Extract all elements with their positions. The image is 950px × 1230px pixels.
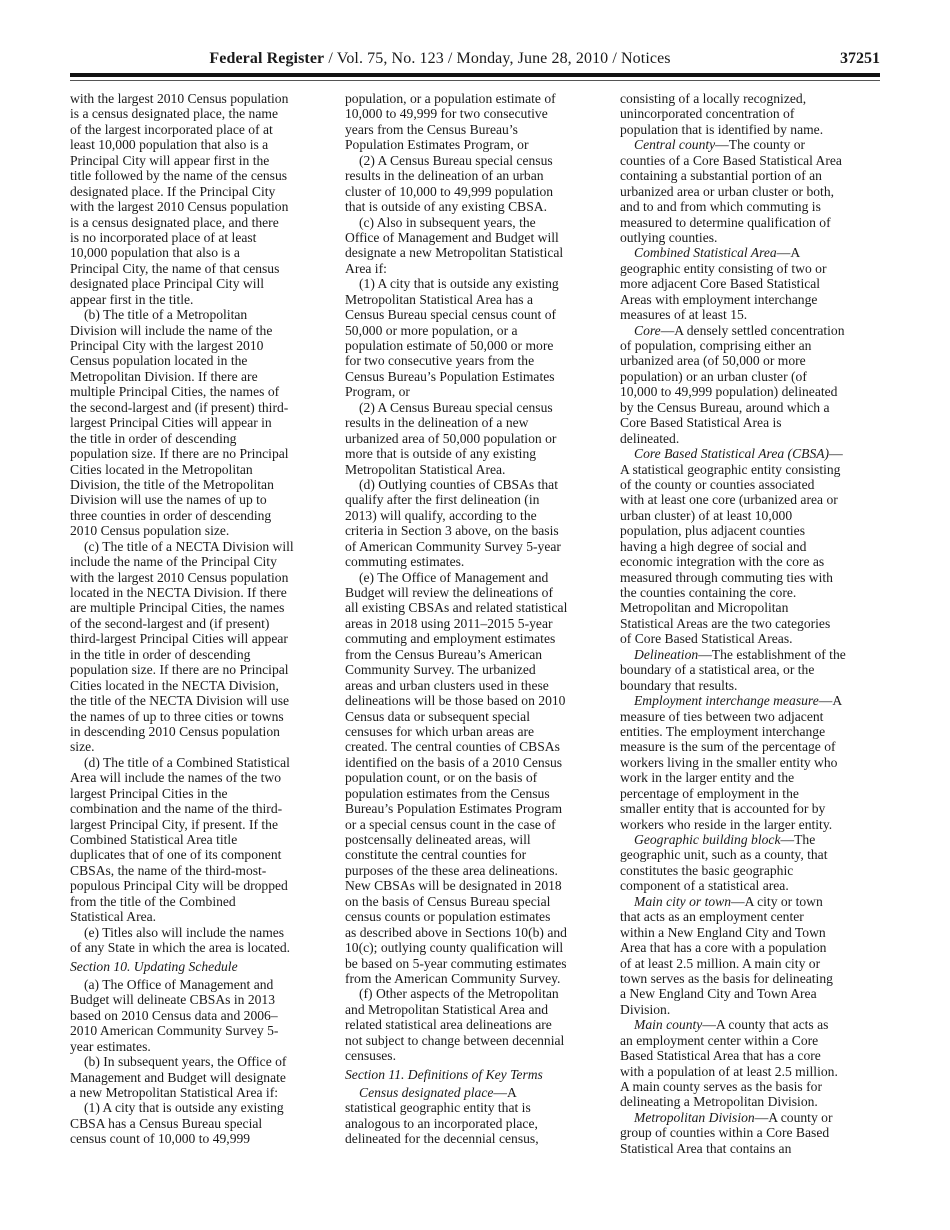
text-line: all existing CBSAs and related statistic… <box>345 600 620 615</box>
text-line: boundary of a statistical area, or the <box>620 662 895 677</box>
line-text: of at least 2.5 million. A main city or <box>620 956 820 971</box>
text-line: Program, or <box>345 384 620 399</box>
text-line: Principal City with the largest 2010 <box>70 338 345 353</box>
text-line: from the American Community Survey. <box>345 971 620 986</box>
text-line: smaller entity that is accounted for by <box>620 801 895 816</box>
text-line: percentage of employment in the <box>620 786 895 801</box>
line-text: and Metropolitan Statistical Area and <box>345 1002 548 1017</box>
text-line: urbanized area (of 50,000 or more <box>620 353 895 368</box>
line-text: title followed by the name of the census <box>70 168 287 183</box>
line-text: censuses. <box>345 1048 396 1063</box>
text-line: Metropolitan and Micropolitan <box>620 600 895 615</box>
text-line: least 10,000 population that also is a <box>70 137 345 152</box>
line-text: 10,000 population that also is a <box>70 245 240 260</box>
text-line: (a) The Office of Management and <box>70 977 345 992</box>
text-line: population, plus adjacent counties <box>620 523 895 538</box>
line-text: consisting of a locally recognized, <box>620 91 806 106</box>
text-line: Based Statistical Area that has a core <box>620 1048 895 1063</box>
text-line: is no incorporated place of at least <box>70 230 345 245</box>
text-line: within a New England City and Town <box>620 925 895 940</box>
text-line: in descending 2010 Census population <box>70 724 345 739</box>
line-text: urban cluster) of at least 10,000 <box>620 508 792 523</box>
text-line: economic integration with the core as <box>620 554 895 569</box>
text-line: work in the larger entity and the <box>620 770 895 785</box>
text-line: entities. The employment interchange <box>620 724 895 739</box>
text-line: New CBSAs will be designated in 2018 <box>345 878 620 893</box>
line-text: from the American Community Survey. <box>345 971 560 986</box>
defined-term: Core <box>634 323 661 338</box>
line-text: Budget will review the delineations of <box>345 585 553 600</box>
text-line: Cities located in the NECTA Division, <box>70 678 345 693</box>
text-line: that is outside of any existing CBSA. <box>345 199 620 214</box>
line-text: Statistical Area. <box>70 909 156 924</box>
text-line: largest Principal Cities will appear in <box>70 415 345 430</box>
text-line: results in the delineation of a new <box>345 415 620 430</box>
line-text: that is outside of any existing CBSA. <box>345 199 547 214</box>
line-text: identified on the basis of a 2010 Census <box>345 755 562 770</box>
line-text: urbanized area of 50,000 population or <box>345 431 556 446</box>
line-text: —A <box>777 245 800 260</box>
line-text: —A <box>819 693 842 708</box>
line-text: (f) Other aspects of the Metropolitan <box>359 986 559 1001</box>
text-line: title followed by the name of the census <box>70 168 345 183</box>
text-line: 10,000 to 49,999 for two consecutive <box>345 106 620 121</box>
line-text: Principal City will appear first in the <box>70 153 269 168</box>
text-line: the counties containing the core. <box>620 585 895 600</box>
definition-line: Census designated place—A <box>345 1085 620 1100</box>
line-text: Division will use the names of up to <box>70 492 267 507</box>
issue-details: / Vol. 75, No. 123 / Monday, June 28, 20… <box>324 50 670 67</box>
line-text: Division, the title of the Metropolitan <box>70 477 274 492</box>
line-text: 2010 American Community Survey 5- <box>70 1023 278 1038</box>
line-text: group of counties within a Core Based <box>620 1125 829 1140</box>
text-line: Census Bureau special census count of <box>345 307 620 322</box>
text-line: duplicates that of one of its component <box>70 847 345 862</box>
text-line: (f) Other aspects of the Metropolitan <box>345 986 620 1001</box>
text-line: population count, or on the basis of <box>345 770 620 785</box>
text-line: related statistical area delineations ar… <box>345 1017 620 1032</box>
line-text: Cities located in the Metropolitan <box>70 462 253 477</box>
text-line: consisting of a locally recognized, <box>620 91 895 106</box>
text-line: (d) Outlying counties of CBSAs that <box>345 477 620 492</box>
text-line: a new Metropolitan Statistical Area if: <box>70 1085 345 1100</box>
text-line: (2) A Census Bureau special census <box>345 400 620 415</box>
text-line: are multiple Principal Cities, the names <box>70 600 345 615</box>
line-text: delineated. <box>620 431 679 446</box>
text-line: measured to determine qualification of <box>620 215 895 230</box>
text-line: Census Bureau’s Population Estimates <box>345 369 620 384</box>
line-text: the names of up to three cities or towns <box>70 709 284 724</box>
text-line: with at least one core (urbanized area o… <box>620 492 895 507</box>
text-line: Area if: <box>345 261 620 276</box>
line-text: boundary of a statistical area, or the <box>620 662 814 677</box>
text-line: years from the Census Bureau’s <box>345 122 620 137</box>
text-line: Division. <box>620 1002 895 1017</box>
text-line: qualify after the first delineation (in <box>345 492 620 507</box>
line-text: with the largest 2010 Census population <box>70 199 288 214</box>
section-heading: Section 11. Definitions of Key Terms <box>345 1067 620 1082</box>
text-column-3: consisting of a locally recognized,uninc… <box>620 91 895 1156</box>
text-line: 10,000 to 49,999 population) delineated <box>620 384 895 399</box>
line-text: component of a statistical area. <box>620 878 789 893</box>
line-text: Census population located in the <box>70 353 247 368</box>
line-text: population, plus adjacent counties <box>620 523 805 538</box>
text-line: by the Census Bureau, around which a <box>620 400 895 415</box>
line-text: results in the delineation of a new <box>345 415 528 430</box>
line-text: (1) A city that is outside any existing <box>84 1100 284 1115</box>
text-column-1: with the largest 2010 Census populationi… <box>70 91 345 1147</box>
text-column-2: population, or a population estimate of1… <box>345 91 620 1147</box>
definition-line: Central county—The county or <box>620 137 895 152</box>
text-line: third-largest Principal Cities will appe… <box>70 631 345 646</box>
line-text: be based on 5-year commuting estimates <box>345 956 567 971</box>
line-text: designate a new Metropolitan Statistical <box>345 245 563 260</box>
line-text: Area will include the names of the two <box>70 770 281 785</box>
line-text: not subject to change between decennial <box>345 1033 564 1048</box>
line-text: —The <box>781 832 816 847</box>
line-text: population, or a population estimate of <box>345 91 556 106</box>
text-line: of the county or counties associated <box>620 477 895 492</box>
defined-term: Main county <box>634 1017 702 1032</box>
line-text: Principal City with the largest 2010 <box>70 338 263 353</box>
text-line: the title of the NECTA Division will use <box>70 693 345 708</box>
line-text: year estimates. <box>70 1039 151 1054</box>
line-text: designated place. If the Principal City <box>70 184 275 199</box>
line-text: geographic entity consisting of two or <box>620 261 827 276</box>
running-head: Federal Register / Vol. 75, No. 123 / Mo… <box>70 50 810 68</box>
text-line: as described above in Sections 10(b) and <box>345 925 620 940</box>
text-line: Core Based Statistical Area is <box>620 415 895 430</box>
text-line: commuting and employment estimates <box>345 631 620 646</box>
definition-line: Core Based Statistical Area (CBSA)— <box>620 446 895 461</box>
line-text: Cities located in the NECTA Division, <box>70 678 279 693</box>
text-line: (b) The title of a Metropolitan <box>70 307 345 322</box>
line-text: (e) Titles also will include the names <box>84 925 284 940</box>
line-text: related statistical area delineations ar… <box>345 1017 552 1032</box>
line-text: created. The central counties of CBSAs <box>345 739 560 754</box>
line-text: CBSAs, the name of the third-most- <box>70 863 266 878</box>
definition-line: Employment interchange measure—A <box>620 693 895 708</box>
text-line: largest Principal Cities in the <box>70 786 345 801</box>
line-text: least 10,000 population that also is a <box>70 137 268 152</box>
line-text: counties of a Core Based Statistical Are… <box>620 153 842 168</box>
text-line: population size. If there are no Princip… <box>70 446 345 461</box>
line-text: from the title of the Combined <box>70 894 236 909</box>
line-text: with the largest 2010 Census population <box>70 91 288 106</box>
text-line: census counts or population estimates <box>345 909 620 924</box>
line-text: more that is outside of any existing <box>345 446 536 461</box>
line-text: constitutes the basic geographic <box>620 863 793 878</box>
text-line: and to and from which commuting is <box>620 199 895 214</box>
line-text: of any State in which the area is locate… <box>70 940 290 955</box>
line-text: a new Metropolitan Statistical Area if: <box>70 1085 278 1100</box>
line-text: designated place Principal City will <box>70 276 264 291</box>
line-text: duplicates that of one of its component <box>70 847 281 862</box>
line-text: delineations will be those based on 2010 <box>345 693 565 708</box>
text-line: (c) The title of a NECTA Division will <box>70 539 345 554</box>
line-text: Area that has a core with a population <box>620 940 826 955</box>
line-text: —A county or <box>755 1110 833 1125</box>
text-line: or a special census count in the case of <box>345 817 620 832</box>
line-text: measures of at least 15. <box>620 307 747 322</box>
line-text: for two consecutive years from the <box>345 353 534 368</box>
line-text: Budget will delineate CBSAs in 2013 <box>70 992 275 1007</box>
line-text: percentage of employment in the <box>620 786 799 801</box>
line-text: within a New England City and Town <box>620 925 826 940</box>
text-line: appear first in the title. <box>70 292 345 307</box>
text-line: 10,000 population that also is a <box>70 245 345 260</box>
defined-term: Main city or town <box>634 894 731 909</box>
line-text: criteria in Section 3 above, on the basi… <box>345 523 559 538</box>
text-line: with the largest 2010 Census population <box>70 199 345 214</box>
definition-line: Combined Statistical Area—A <box>620 245 895 260</box>
line-text: Census data or subsequent special <box>345 709 530 724</box>
line-text: Combined Statistical Area title <box>70 832 237 847</box>
definition-line: Core—A densely settled concentration <box>620 323 895 338</box>
line-text: population count, or on the basis of <box>345 770 537 785</box>
text-line: results in the delineation of an urban <box>345 168 620 183</box>
line-text: third-largest Principal Cities will appe… <box>70 631 288 646</box>
line-text: (b) In subsequent years, the Office of <box>84 1054 286 1069</box>
text-line: delineated. <box>620 431 895 446</box>
text-line: be based on 5-year commuting estimates <box>345 956 620 971</box>
text-line: geographic entity consisting of two or <box>620 261 895 276</box>
text-line: Budget will delineate CBSAs in 2013 <box>70 992 345 1007</box>
line-text: —The county or <box>715 137 805 152</box>
line-text: Census Bureau special census count of <box>345 307 556 322</box>
line-text: all existing CBSAs and related statistic… <box>345 600 567 615</box>
text-line: CBSA has a Census Bureau special <box>70 1116 345 1131</box>
line-text: is no incorporated place of at least <box>70 230 256 245</box>
line-text: population size. If there are no Princip… <box>70 662 289 677</box>
line-text: largest Principal Cities will appear in <box>70 415 272 430</box>
text-line: Principal City will appear first in the <box>70 153 345 168</box>
text-line: identified on the basis of a 2010 Census <box>345 755 620 770</box>
line-text: A statistical geographic entity consisti… <box>620 462 840 477</box>
text-line: Metropolitan Division. If there are <box>70 369 345 384</box>
line-text: an employment center within a Core <box>620 1033 818 1048</box>
line-text: of the largest incorporated place of at <box>70 122 273 137</box>
line-text: entities. The employment interchange <box>620 724 825 739</box>
text-line: Area will include the names of the two <box>70 770 345 785</box>
line-text: — <box>829 446 843 461</box>
text-line: on the basis of Census Bureau special <box>345 894 620 909</box>
text-line: Principal City, the name of that census <box>70 261 345 276</box>
text-line: urbanized area of 50,000 population or <box>345 431 620 446</box>
line-text: three counties in order of descending <box>70 508 271 523</box>
line-text: censuses for which urban areas are <box>345 724 534 739</box>
line-text: urbanized area (of 50,000 or more <box>620 353 806 368</box>
line-text: census counts or population estimates <box>345 909 550 924</box>
line-text: of population, comprising either an <box>620 338 811 353</box>
text-line: of population, comprising either an <box>620 338 895 353</box>
text-line: a New England City and Town Area <box>620 986 895 1001</box>
text-line: geographic unit, such as a county, that <box>620 847 895 862</box>
text-line: Population Estimates Program, or <box>345 137 620 152</box>
text-line: group of counties within a Core Based <box>620 1125 895 1140</box>
text-line: urbanized area or urban cluster or both, <box>620 184 895 199</box>
text-line: purposes of the these area delineations. <box>345 863 620 878</box>
line-text: delineated for the decennial census, <box>345 1131 539 1146</box>
line-text: of American Community Survey 5-year <box>345 539 561 554</box>
line-text: or a special census count in the case of <box>345 817 556 832</box>
page-number: 37251 <box>840 50 880 68</box>
line-text: largest Principal City, if present. If t… <box>70 817 278 832</box>
text-line: Bureau’s Population Estimates Program <box>345 801 620 816</box>
line-text: population estimates from the Census <box>345 786 550 801</box>
line-text: work in the larger entity and the <box>620 770 794 785</box>
line-text: Metropolitan and Micropolitan <box>620 600 788 615</box>
text-line: created. The central counties of CBSAs <box>345 739 620 754</box>
line-text: —A county that acts as <box>702 1017 828 1032</box>
text-line: Division will use the names of up to <box>70 492 345 507</box>
text-line: (1) A city that is outside any existing <box>70 1100 345 1115</box>
text-line: is a census designated place, and there <box>70 215 345 230</box>
text-line: size. <box>70 739 345 754</box>
line-text: measured to determine qualification of <box>620 215 831 230</box>
page-header: Federal Register / Vol. 75, No. 123 / Mo… <box>70 48 880 72</box>
line-text: with the largest 2010 Census population <box>70 570 288 585</box>
line-text: (e) The Office of Management and <box>359 570 548 585</box>
line-text: population that is identified by name. <box>620 122 823 137</box>
line-text: the second-largest and (if present) thir… <box>70 400 288 415</box>
text-line: 2010 Census population size. <box>70 523 345 538</box>
line-text: smaller entity that is accounted for by <box>620 801 825 816</box>
line-text: Office of Management and Budget will <box>345 230 559 245</box>
defined-term: Delineation <box>634 647 698 662</box>
line-text: based on 2010 Census data and 2006– <box>70 1008 278 1023</box>
text-line: more adjacent Core Based Statistical <box>620 276 895 291</box>
line-text: Based Statistical Area that has a core <box>620 1048 821 1063</box>
text-line: measure of ties between two adjacent <box>620 709 895 724</box>
text-line: Cities located in the Metropolitan <box>70 462 345 477</box>
defined-term: Geographic building block <box>634 832 781 847</box>
text-line: population that is identified by name. <box>620 122 895 137</box>
line-text: 2010 Census population size. <box>70 523 229 538</box>
line-text: measure is the sum of the percentage of <box>620 739 836 754</box>
line-text: with at least one core (urbanized area o… <box>620 492 838 507</box>
defined-term: Metropolitan Division <box>634 1110 755 1125</box>
text-line: censuses for which urban areas are <box>345 724 620 739</box>
line-text: Program, or <box>345 384 410 399</box>
text-line: (e) Titles also will include the names <box>70 925 345 940</box>
text-line: from the Census Bureau’s American <box>345 647 620 662</box>
text-line: constitutes the basic geographic <box>620 863 895 878</box>
line-text: combination and the name of the third- <box>70 801 282 816</box>
text-line: (c) Also in subsequent years, the <box>345 215 620 230</box>
text-line: in the title in order of descending <box>70 647 345 662</box>
line-text: Metropolitan Statistical Area. <box>345 462 505 477</box>
text-line: boundary that results. <box>620 678 895 693</box>
text-line: A statistical geographic entity consisti… <box>620 462 895 477</box>
text-line: 2013) will qualify, according to the <box>345 508 620 523</box>
text-line: A main county serves as the basis for <box>620 1079 895 1094</box>
line-text: 50,000 or more population, or a <box>345 323 518 338</box>
text-line: CBSAs, the name of the third-most- <box>70 863 345 878</box>
line-text: economic integration with the core as <box>620 554 824 569</box>
line-text: —A densely settled concentration <box>661 323 845 338</box>
section-heading: Section 10. Updating Schedule <box>70 959 345 974</box>
line-text: in descending 2010 Census population <box>70 724 280 739</box>
line-text: with a population of at least 2.5 millio… <box>620 1064 838 1079</box>
line-text: census count of 10,000 to 49,999 <box>70 1131 250 1146</box>
line-text: from the Census Bureau’s American <box>345 647 542 662</box>
text-line: population, or a population estimate of <box>345 91 620 106</box>
line-text: on the basis of Census Bureau special <box>345 894 550 909</box>
text-line: component of a statistical area. <box>620 878 895 893</box>
line-text: purposes of the these area delineations. <box>345 863 558 878</box>
text-line: of the second-largest and (if present) <box>70 616 345 631</box>
text-line: Census population located in the <box>70 353 345 368</box>
line-text: delineating a Metropolitan Division. <box>620 1094 818 1109</box>
text-line: with the largest 2010 Census population <box>70 91 345 106</box>
line-text: Core Based Statistical Area is <box>620 415 782 430</box>
line-text: postcensally delineated areas, will <box>345 832 531 847</box>
line-text: (d) The title of a Combined Statistical <box>84 755 290 770</box>
line-text: areas in 2018 using 2011–2015 5-year <box>345 616 553 631</box>
text-line: 10(c); outlying county qualification wil… <box>345 940 620 955</box>
text-line: areas and urban clusters used in these <box>345 678 620 693</box>
text-line: of at least 2.5 million. A main city or <box>620 956 895 971</box>
text-line: measured through commuting ties with <box>620 570 895 585</box>
line-text: Census Bureau’s Population Estimates <box>345 369 555 384</box>
line-text: measure of ties between two adjacent <box>620 709 823 724</box>
line-text: town serves as the basis for delineating <box>620 971 833 986</box>
line-text: workers who reside in the larger entity. <box>620 817 832 832</box>
line-text: populous Principal City will be dropped <box>70 878 288 893</box>
text-line: counties of a Core Based Statistical Are… <box>620 153 895 168</box>
line-text: appear first in the title. <box>70 292 193 307</box>
line-text: —A city or town <box>731 894 823 909</box>
line-text: years from the Census Bureau’s <box>345 122 518 137</box>
text-line: urban cluster) of at least 10,000 <box>620 508 895 523</box>
line-text: size. <box>70 739 95 754</box>
line-text: located in the NECTA Division. If there <box>70 585 287 600</box>
line-text: Areas with employment interchange <box>620 292 817 307</box>
line-text: the counties containing the core. <box>620 585 796 600</box>
text-line: Statistical Areas are the two categories <box>620 616 895 631</box>
line-text: (d) Outlying counties of CBSAs that <box>359 477 558 492</box>
line-text: (2) A Census Bureau special census <box>359 400 553 415</box>
text-line: workers living in the smaller entity who <box>620 755 895 770</box>
defined-term: Combined Statistical Area <box>634 245 777 260</box>
text-line: populous Principal City will be dropped <box>70 878 345 893</box>
text-line: largest Principal City, if present. If t… <box>70 817 345 832</box>
text-line: censuses. <box>345 1048 620 1063</box>
line-text: analogous to an incorporated place, <box>345 1116 538 1131</box>
text-line: outlying counties. <box>620 230 895 245</box>
line-text: by the Census Bureau, around which a <box>620 400 830 415</box>
line-text: 10(c); outlying county qualification wil… <box>345 940 563 955</box>
text-line: population estimate of 50,000 or more <box>345 338 620 353</box>
publication-name: Federal Register <box>209 50 324 67</box>
text-line: (1) A city that is outside any existing <box>345 276 620 291</box>
line-text: —A <box>493 1085 516 1100</box>
line-text: Management and Budget will designate <box>70 1070 286 1085</box>
text-line: areas in 2018 using 2011–2015 5-year <box>345 616 620 631</box>
line-text: A main county serves as the basis for <box>620 1079 822 1094</box>
text-line: having a high degree of social and <box>620 539 895 554</box>
line-text: that acts as an employment center <box>620 909 804 924</box>
text-line: Area that has a core with a population <box>620 940 895 955</box>
text-line: 50,000 or more population, or a <box>345 323 620 338</box>
line-text: workers living in the smaller entity who <box>620 755 837 770</box>
header-rule-thick <box>70 73 880 77</box>
line-text: is a census designated place, the name <box>70 106 278 121</box>
line-text: —The establishment of the <box>698 647 846 662</box>
line-text: Statistical Areas are the two categories <box>620 616 830 631</box>
text-line: constitute the central counties for <box>345 847 620 862</box>
